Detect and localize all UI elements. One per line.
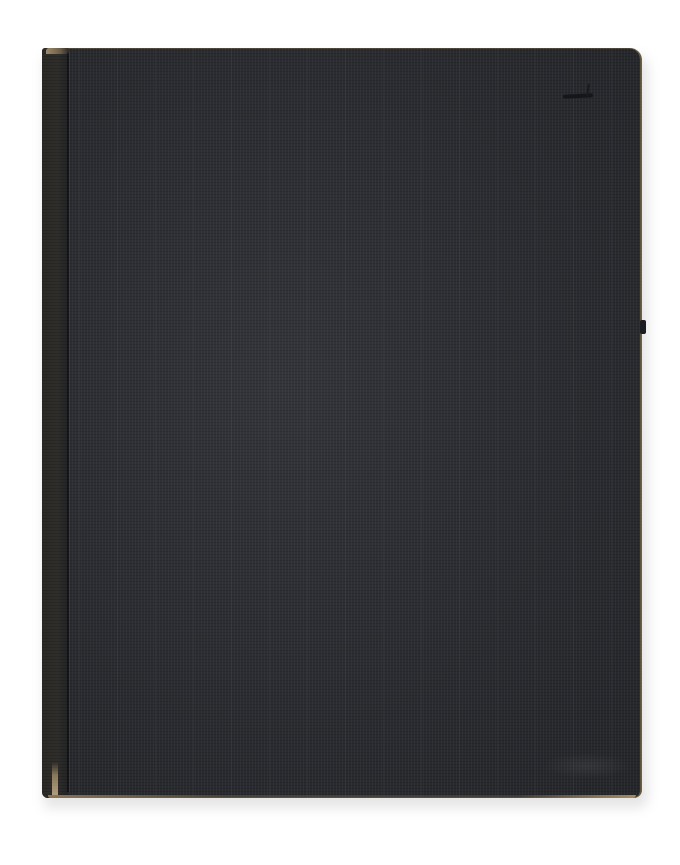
corner-wear-bottom-left: [52, 762, 58, 796]
bottom-edge-wear: [48, 795, 636, 798]
spine-hinge: [42, 48, 68, 798]
book-cover: Dark cloth-bound hardcover book, front c…: [42, 48, 642, 798]
cover-mark: [563, 93, 593, 99]
corner-wear-top-left: [46, 48, 70, 54]
edge-notch: [640, 320, 646, 334]
surface-scuff: [542, 753, 632, 779]
hinge-line: [67, 52, 69, 792]
